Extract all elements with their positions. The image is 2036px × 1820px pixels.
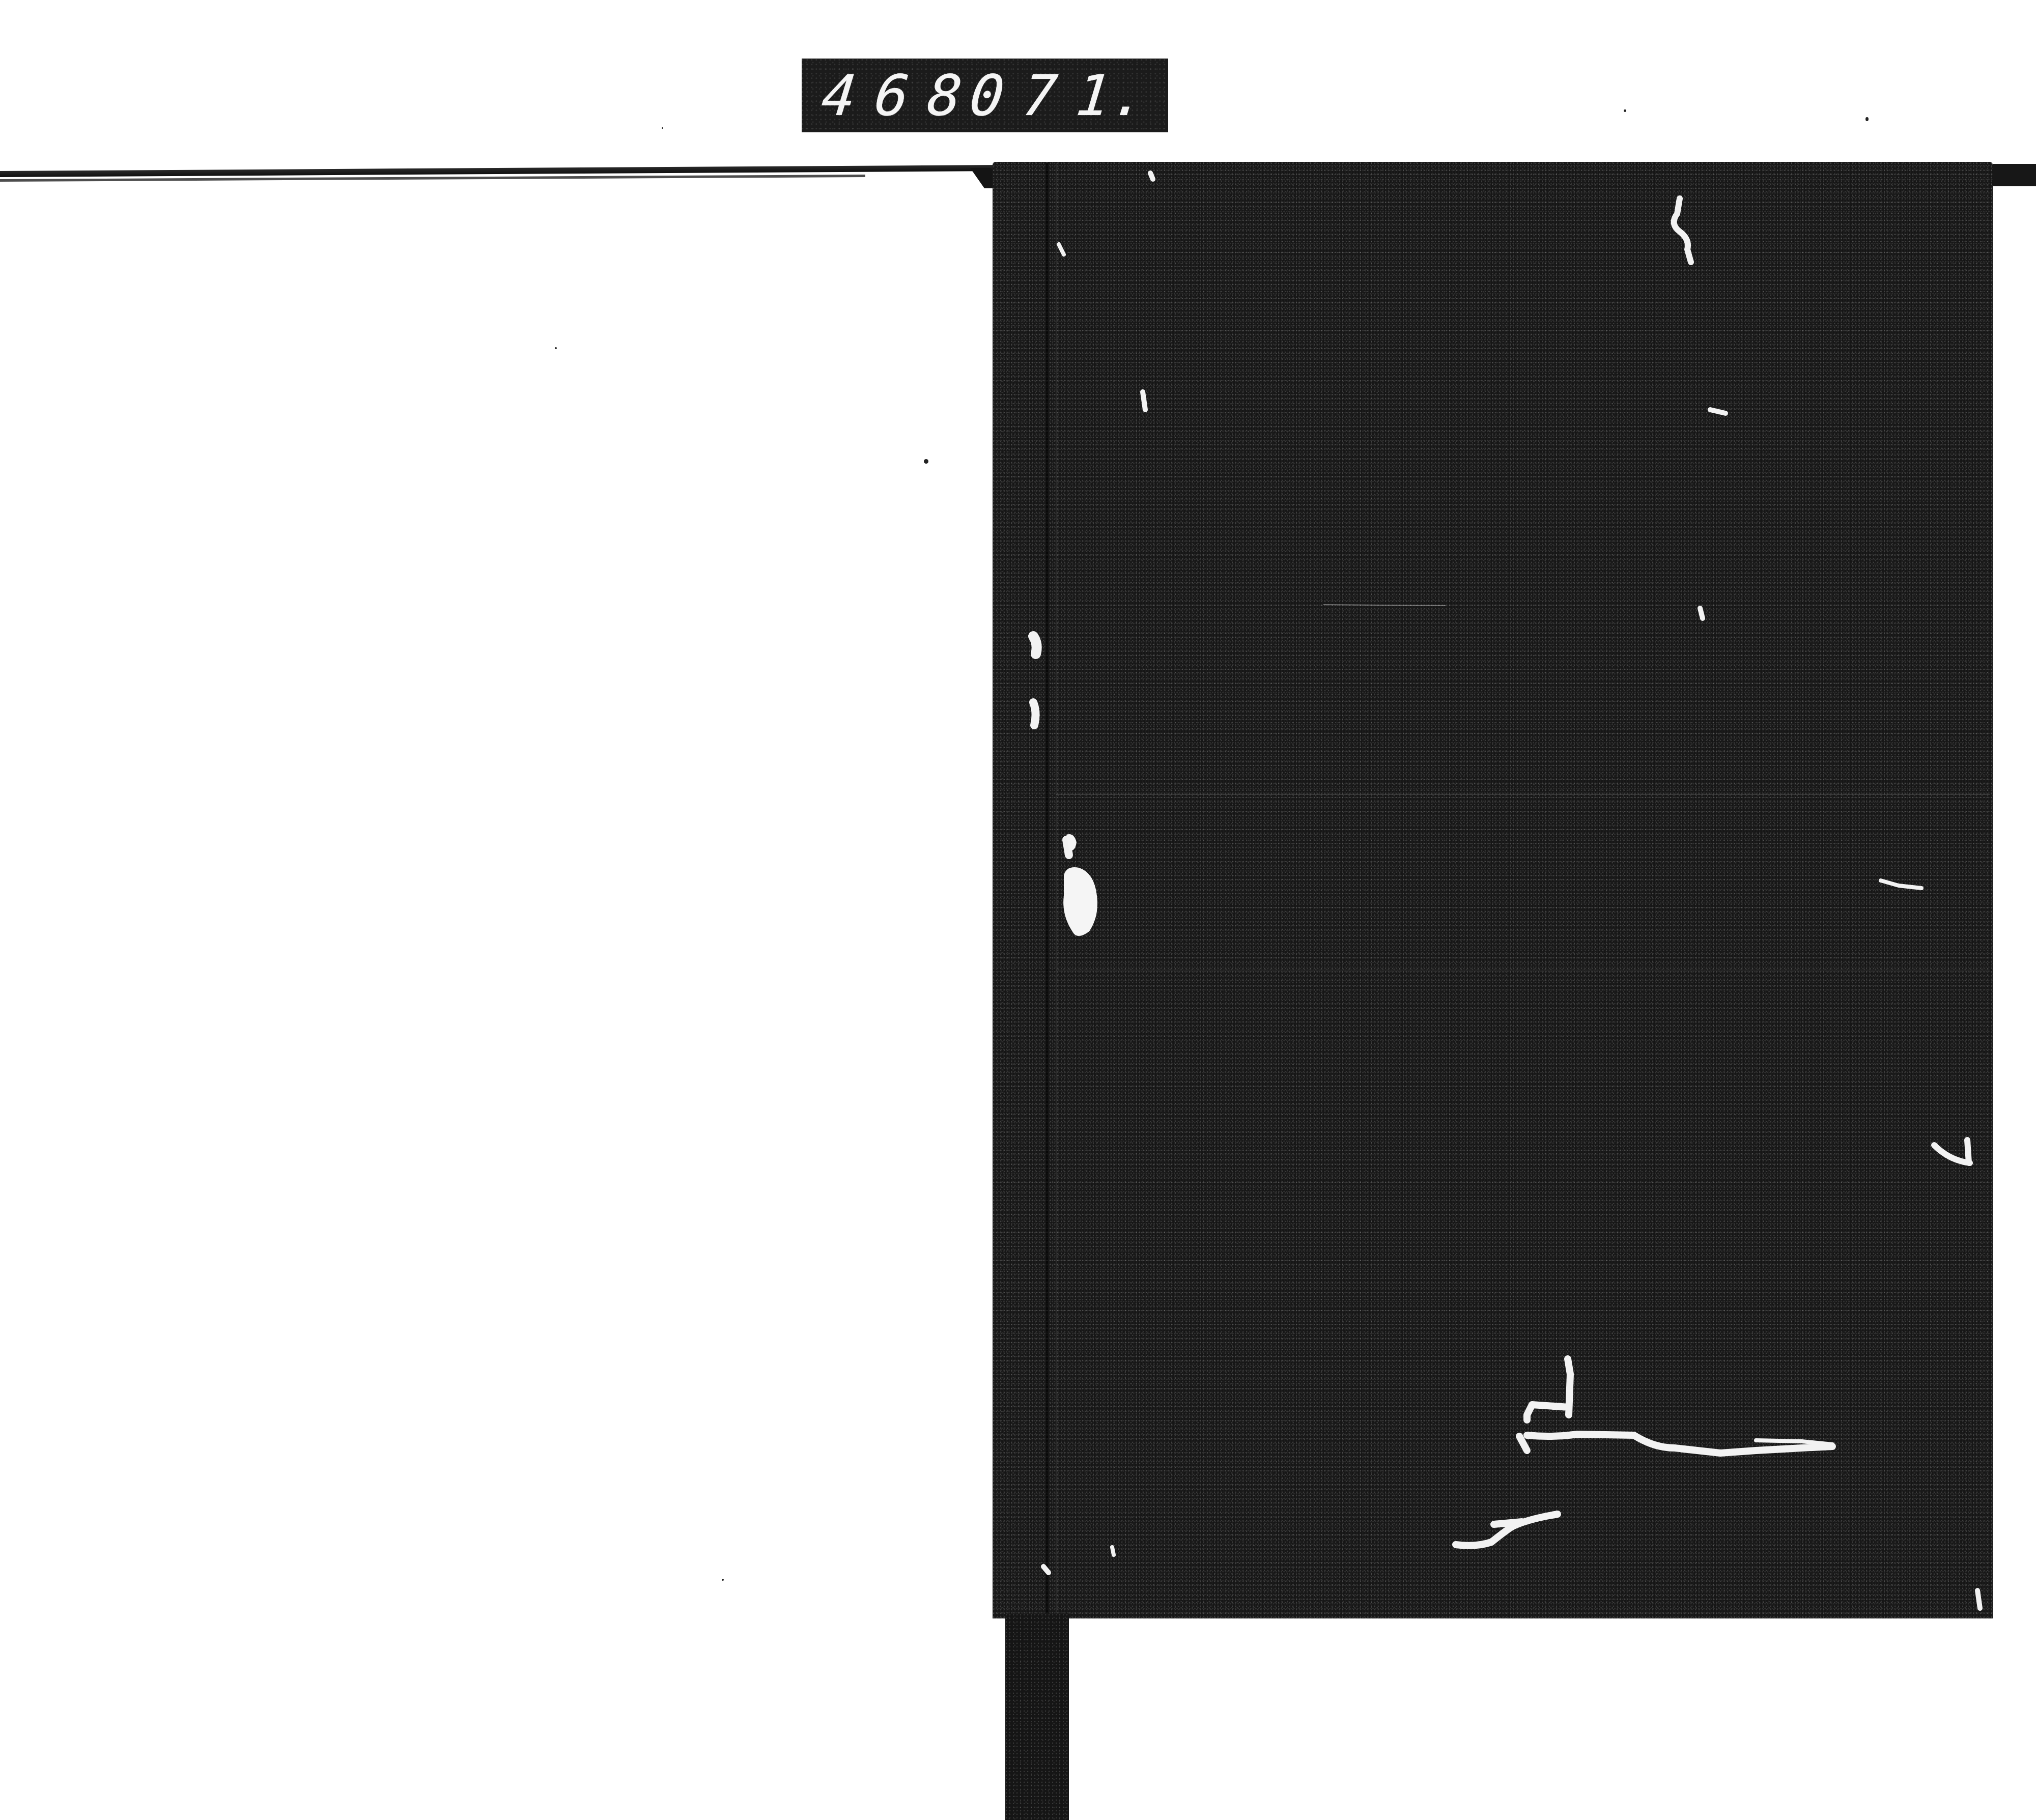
dust-speck [555, 347, 557, 349]
dust-speck [1624, 109, 1626, 112]
cover-crease-line [1056, 970, 1990, 971]
book-cover [993, 162, 1993, 1618]
label-digit: 1. [1073, 68, 1151, 124]
dust-speck [924, 459, 928, 464]
cover-crease-line [1056, 794, 1990, 795]
catalog-number-left-group: 4 6 8 [822, 68, 964, 124]
catalog-number-label: 4 6 8 0 7 1. [802, 59, 1168, 132]
label-digit: 7 [1021, 68, 1062, 124]
right-edge-rule [1993, 164, 2036, 186]
catalog-number-right-group: 0 7 1. [970, 68, 1148, 124]
label-digit: 8 [925, 68, 967, 124]
label-digit: 0 [967, 68, 1009, 124]
dust-speck [1865, 117, 1869, 121]
spine-tail [1005, 1613, 1069, 1820]
spine-highlight [1056, 163, 1057, 1618]
dust-speck [662, 127, 663, 129]
spine-groove [1046, 163, 1048, 1618]
label-digit: 6 [872, 68, 914, 124]
label-digit: 4 [819, 68, 861, 124]
dust-speck [722, 1579, 724, 1581]
